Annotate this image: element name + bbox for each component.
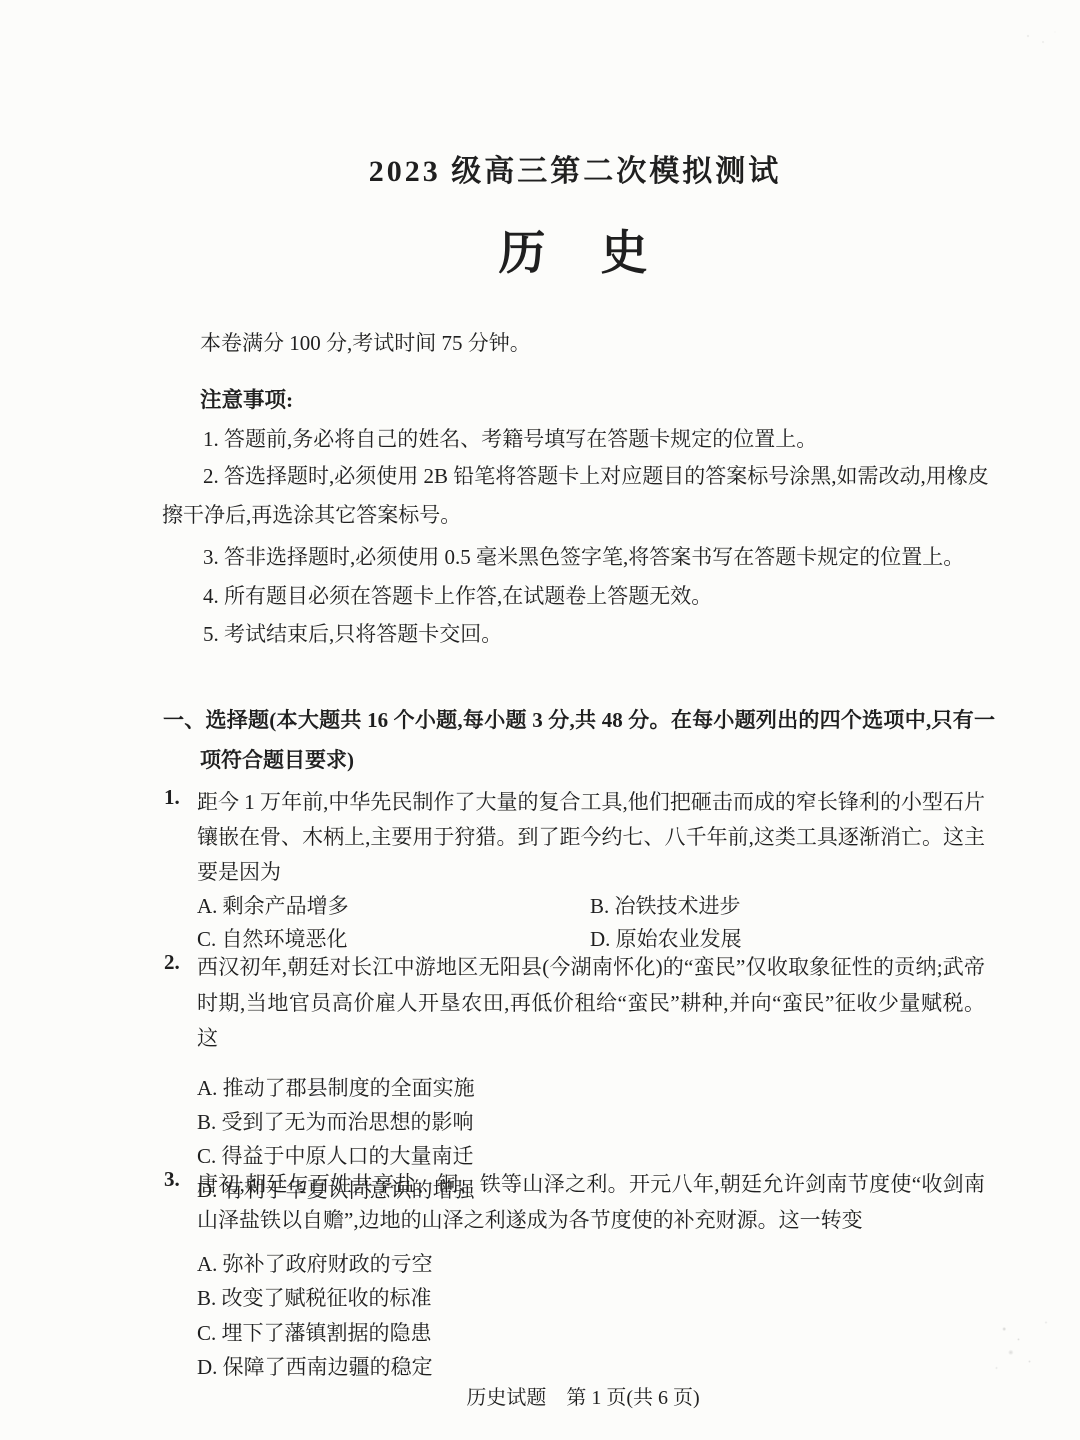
question-1-options: A. 剩余产品增多 B. 冶铁技术进步 C. 自然环境恶化 D. 原始农业发展	[197, 890, 994, 956]
question-2-option-a: A. 推动了郡县制度的全面实施	[197, 1071, 994, 1105]
question-1: 1. 距今 1 万年前,中华先民制作了大量的复合工具,他们把砸击而成的窄长锋利的…	[164, 785, 994, 956]
question-1-option-b: B. 冶铁技术进步	[590, 890, 994, 923]
exam-subject: 历 史	[35, 216, 1080, 283]
section-1-heading: 一、选择题(本大题共 16 个小题,每小题 3 分,共 48 分。在每小题列出的…	[200, 700, 995, 780]
question-3-option-d: D. 保障了西南边疆的稳定	[197, 1350, 994, 1384]
question-2-stem: 西汉初年,朝廷对长江中游地区无阳县(今湖南怀化)的“蛮民”仅收取象征性的贡纳;武…	[197, 950, 985, 1057]
exam-paper-page: 2023 级高三第二次模拟测试 历 史 本卷满分 100 分,考试时间 75 分…	[0, 0, 1080, 1440]
notice-item-5: 5. 考试结束后,只将答题卡交回。	[203, 615, 502, 654]
question-3-stem: 唐初,朝廷与百姓共享盐、铜、铁等山泽之利。开元八年,朝廷允许剑南节度使“收剑南山…	[197, 1167, 985, 1238]
question-3: 3. 唐初,朝廷与百姓共享盐、铜、铁等山泽之利。开元八年,朝廷允许剑南节度使“收…	[164, 1167, 994, 1384]
notice-item-4: 4. 所有题目必须在答题卡上作答,在试题卷上答题无效。	[203, 577, 712, 616]
notice-item-3: 3. 答非选择题时,必须使用 0.5 毫米黑色签字笔,将答案书写在答题卡规定的位…	[203, 538, 964, 577]
page-footer: 历史试题 第 1 页(共 6 页)	[43, 1381, 1080, 1410]
question-3-option-a: A. 弥补了政府财政的亏空	[197, 1247, 994, 1281]
exam-title: 2023 级高三第二次模拟测试	[35, 146, 1080, 190]
question-3-option-b: B. 改变了赋税征收的标准	[197, 1281, 994, 1315]
question-1-stem: 距今 1 万年前,中华先民制作了大量的复合工具,他们把砸击而成的窄长锋利的小型石…	[197, 785, 985, 890]
notice-heading: 注意事项:	[200, 383, 293, 414]
question-3-option-c: C. 埋下了藩镇割据的隐患	[197, 1316, 994, 1350]
question-2-option-b: B. 受到了无为而治思想的影响	[197, 1105, 994, 1139]
question-3-number: 3.	[164, 1167, 197, 1192]
question-3-options: A. 弥补了政府财政的亏空 B. 改变了赋税征收的标准 C. 埋下了藩镇割据的隐…	[197, 1247, 994, 1384]
notice-item-2: 2. 答选择题时,必须使用 2B 铅笔将答题卡上对应题目的答案标号涂黑,如需改动…	[162, 457, 996, 535]
question-1-option-a: A. 剩余产品增多	[197, 890, 590, 923]
notice-item-1: 1. 答题前,务必将自己的姓名、考籍号填写在答题卡规定的位置上。	[203, 420, 817, 459]
scan-artifact	[1010, 20, 1070, 60]
question-1-number: 1.	[164, 785, 197, 810]
question-2-number: 2.	[164, 950, 197, 975]
exam-info-line: 本卷满分 100 分,考试时间 75 分钟。	[200, 327, 531, 357]
